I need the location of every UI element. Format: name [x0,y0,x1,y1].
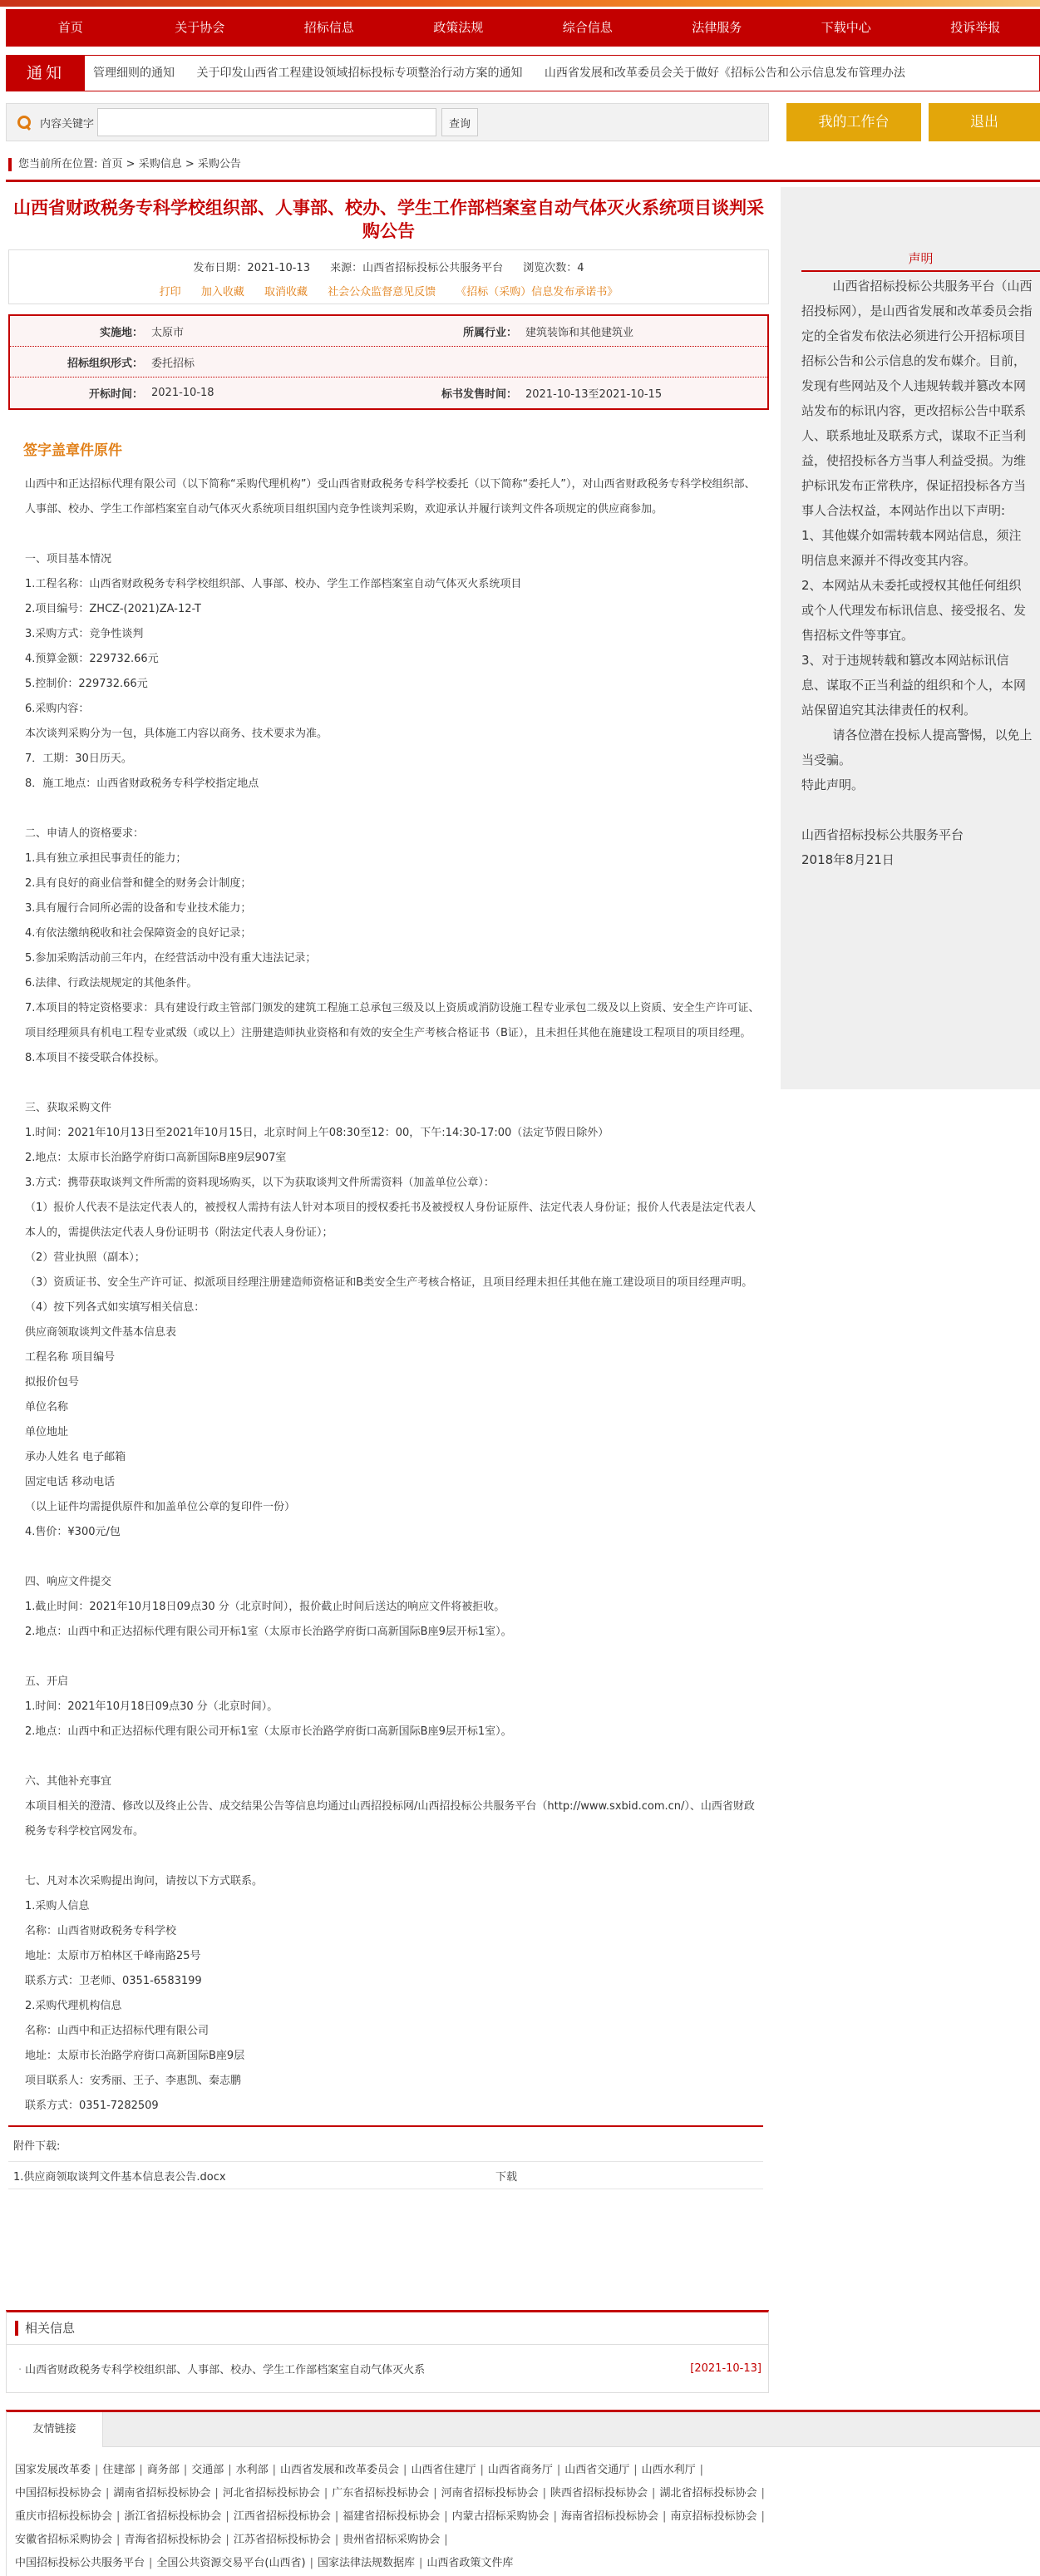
link-separator: | [225,2534,229,2546]
friendly-link[interactable]: 重庆市招标投标协会 [15,2510,112,2523]
nav-legal-service[interactable]: 法律服务 [653,9,782,47]
section-line: 拟报价包号 [25,1370,761,1395]
statement-para: 1、其他媒介如需转载本网站信息，须注明信息来源并不得改变其内容。 [801,523,1033,573]
attachment-row: 1.供应商领取谈判文件基本信息表公告.docx 下载 [8,2161,763,2189]
print-link[interactable]: 打印 [160,286,181,299]
related-info-title: 相关信息 [15,2321,75,2336]
notice-label: 通知 [7,56,85,91]
section-line: 单位地址 [25,1420,761,1445]
section-heading: 五、开启 [25,1670,761,1695]
sale-time-value: 2021-10-13至2021-10-15 [517,385,758,401]
search-label: 内容关键字 [40,115,94,131]
link-separator: | [228,2464,231,2476]
open-time-value: 2021-10-18 [143,387,384,399]
attachment-download-link[interactable]: 下载 [495,2168,517,2184]
link-separator: | [419,2557,422,2569]
section-line: 项目联系人：安秀丽、王子、李惠凯、秦志鹏 [25,2069,761,2094]
section-line: 2.地点：山西中和正达招标代理有限公司开标1室（太原市长治路学府街口高新国际B座… [25,1620,761,1645]
breadcrumb-procurement-notice[interactable]: 采购公告 [198,158,241,170]
link-separator: | [324,2487,328,2500]
section-line: 4.有依法缴纳税收和社会保障资金的良好记录； [25,921,761,946]
industry-value: 建筑装饰和其他建筑业 [517,323,758,339]
section-line: 名称：山西省财政税务专科学校 [25,1919,761,1944]
section-line: 联系方式：0351-7282509 [25,2094,761,2119]
link-separator: | [761,2510,764,2523]
friendly-link[interactable]: 交通部 [191,2464,224,2476]
workbench-button[interactable]: 我的工作台 [786,103,921,141]
section-line: 7.本项目的特定资格要求：具有建设行政主管部门颁发的建筑工程施工总承包三级及以上… [25,996,761,1046]
friendly-link[interactable]: 青海省招标投标协会 [124,2534,221,2546]
section-line: 2.具有良好的商业信誉和健全的财务会计制度； [25,871,761,896]
friendly-link[interactable]: 国家法律法规数据库 [318,2557,415,2569]
statement-para: 请各位潜在投标人提高警惕，以免上当受骗。 [801,723,1033,772]
link-separator: | [214,2487,218,2500]
friendly-link[interactable]: 河北省招标投标协会 [223,2487,320,2500]
section-heading: 四、响应文件提交 [25,1570,761,1595]
nav-bidding-info[interactable]: 招标信息 [264,9,394,47]
link-separator: | [444,2510,447,2523]
statement-para: 特此声明。 [801,772,1033,797]
friendly-link[interactable]: 山西水利厅 [642,2464,696,2476]
friendly-link[interactable]: 南京招标投标协会 [670,2510,757,2523]
section-line: 2.采购代理机构信息 [25,1994,761,2019]
friendly-link[interactable]: 山西省交通厅 [564,2464,629,2476]
feedback-link[interactable]: 社会公众监督意见反馈 [328,286,436,299]
section-line: 2.地点：太原市长治路学府街口高新国际B座9层907室 [25,1146,761,1171]
link-separator: | [184,2464,187,2476]
search-bar: 内容关键字 查询 [6,103,769,141]
remove-favorite-link[interactable]: 取消收藏 [264,286,308,299]
intro-paragraph: 山西中和正达招标代理有限公司（以下简称“采购代理机构”）受山西省财政税务专科学校… [25,472,761,522]
link-separator: | [335,2534,338,2546]
nav-about[interactable]: 关于协会 [136,9,265,47]
section-line: （4）按下列各式如实填写相关信息： [25,1295,761,1320]
link-separator: | [273,2464,276,2476]
article-body: 山西中和正达招标代理有限公司（以下简称“采购代理机构”）受山西省财政税务专科学校… [8,472,769,2119]
section-line: 单位名称 [25,1395,761,1420]
link-separator: | [433,2487,436,2500]
section-line: 2.项目编号：ZHCZ-(2021)ZA-12-T [25,597,761,622]
section-line: 本次谈判采购分为一包，具体施工内容以商务、技术要求为准。 [25,722,761,747]
friendly-link[interactable]: 湖南省招标投标协会 [113,2487,210,2500]
friendly-links-row: 国家发展改革委|住建部|商务部|交通部|水利部|山西省发展和改革委员会|山西省住… [15,2459,1040,2482]
section-4: 四、响应文件提交1.截止时间：2021年10月18日09点30 分（北京时间），… [25,1570,761,1645]
section-line: 8.本项目不接受联合体投标。 [25,1046,761,1071]
link-separator: | [149,2557,152,2569]
friendly-link[interactable]: 中国招标投标公共服务平台 [15,2557,145,2569]
link-separator: | [225,2510,229,2523]
friendly-links-row: 安徽省招标采购协会|青海省招标投标协会|江苏省招标投标协会|贵州省招标采购协会| [15,2529,1040,2552]
attachments-label: 附件下载: [8,2127,769,2161]
section-line: 地址：太原市万柏林区千峰南路25号 [25,1944,761,1969]
statement-para: 3、对于违规转载和篡改本网站标讯信息、谋取不正当利益的组织和个人，本网站保留追究… [801,648,1033,723]
section-line: 联系方式：卫老师、0351-6583199 [25,1969,761,1994]
section-line: 本项目相关的澄清、修改以及终止公告、成交结果公告等信息均通过山西招投标网/山西招… [25,1794,761,1844]
notice-item[interactable]: 管理细则的通知 [93,67,175,80]
link-separator: | [116,2534,120,2546]
statement-date: 2018年8月21日 [801,847,1033,872]
statement-title: 声明 [801,249,1040,272]
section-line: 6.采购内容： [25,697,761,722]
section-line: （3）资质证书、安全生产许可证、拟派项目经理注册建造师资格证和B类安全生产考核合… [25,1271,761,1295]
page-title: 山西省财政税务专科学校组织部、人事部、校办、学生工作部档案室自动气体灭火系统项目… [8,196,769,243]
breadcrumb-sep: > [123,158,139,170]
section-line: 3.采购方式：竞争性谈判 [25,622,761,647]
friendly-link[interactable]: 陕西省招标投标协会 [550,2487,648,2500]
section-line: 1.时间：2021年10月13日至2021年10月15日，北京时间上午08:30… [25,1121,761,1146]
publish-date: 发布日期：2021-10-13 [193,262,310,274]
main-nav: 首页 关于协会 招标信息 政策法规 综合信息 法律服务 下载中心 投诉举报 [6,9,1040,47]
article: 山西省财政税务专科学校组织部、人事部、校办、学生工作部档案室自动气体灭火系统项目… [8,190,769,2189]
commitment-link[interactable]: 《招标（采购）信息发布承诺书》 [456,286,618,299]
section-3: 三、获取采购文件1.时间：2021年10月13日至2021年10月15日，北京时… [25,1096,761,1545]
section-line: 5.控制价：229732.66元 [25,672,761,697]
notice-item[interactable]: 山西省发展和改革委员会关于做好《招标公告和公示信息发布管理办法 [545,67,905,80]
section-line: （2）营业执照（副本）； [25,1246,761,1271]
section-heading: 二、申请人的资格要求： [25,822,761,846]
friendly-link[interactable]: 福建省招标投标协会 [343,2510,440,2523]
section-line: 3.方式：携带获取谈判文件所需的资料现场购买，以下为获取谈判文件所需资料（加盖单… [25,1171,761,1196]
link-separator: | [95,2464,98,2476]
section-line: 3.具有履行合同所必需的设备和专业技术能力； [25,896,761,921]
section-line: 工程名称 项目编号 [25,1345,761,1370]
section-line: 承办人姓名 电子邮箱 [25,1445,761,1470]
section-line: 7．工期：30日历天。 [25,747,761,772]
nav-home[interactable]: 首页 [6,9,136,47]
friendly-link[interactable]: 湖北省招标投标协会 [659,2487,757,2500]
section-line: （以上证件均需提供原件和加盖单位公章的复印件一份） [25,1495,761,1520]
statement-para: 山西省招标投标公共服务平台（山西招投标网），是山西省发展和改革委员会指定的全省发… [801,274,1033,523]
section-line: 6.法律、行政法规规定的其他条件。 [25,971,761,996]
section-line: 4.预算金额：229732.66元 [25,647,761,672]
section-line: （1）报价人代表不是法定代表人的，被授权人需持有法人针对本项目的授权委托书及被授… [25,1196,761,1246]
link-separator: | [633,2464,637,2476]
open-time-label: 开标时间： [10,385,143,401]
org-form-value: 委托招标 [143,354,384,370]
section-7: 七、凡对本次采购提出询问，请按以下方式联系。1.采购人信息名称：山西省财政税务专… [25,1869,761,2119]
section-line: 1.截止时间：2021年10月18日09点30 分（北京时间），报价截止时间后送… [25,1595,761,1620]
notice-bar: 通知 管理细则的通知 关于印发山西省工程建设领域招标投标专项整治行动方案的通知 … [6,55,1040,91]
friendly-links-row: 中国招标投标协会|湖南省招标投标协会|河北省招标投标协会|广东省招标投标协会|河… [15,2482,1040,2505]
section-6: 六、其他补充事宜本项目相关的澄清、修改以及终止公告、成交结果公告等信息均通过山西… [25,1769,761,1844]
section-line: 地址：太原市长治路学府街口高新国际B座9层 [25,2044,761,2069]
nav-complaints[interactable]: 投诉举报 [911,9,1040,47]
related-list-item: 山西省财政税务专科学校组织部、人事部、校办、学生工作部档案室自动气体灭火系 [2… [7,2345,768,2391]
friendly-links-row: 重庆市招标投标协会|浙江省招标投标协会|江西省招标投标协会|福建省招标投标协会|… [15,2505,1040,2529]
breadcrumb-sep: > [182,158,198,170]
friendly-link[interactable]: 河南省招标投标协会 [441,2487,539,2500]
friendly-link[interactable]: 水利部 [236,2464,269,2476]
link-separator: | [444,2534,447,2546]
friendly-link[interactable]: 海南省招标投标协会 [561,2510,658,2523]
breadcrumb-prefix: 您当前所在位置: [18,158,97,170]
add-favorite-link[interactable]: 加入收藏 [201,286,244,299]
industry-label: 所属行业： [384,323,517,339]
friendly-link[interactable]: 江苏省招标投标协会 [234,2534,331,2546]
attachment-filename: 1.供应商领取谈判文件基本信息表公告.docx [13,2168,495,2184]
friendly-link[interactable]: 中国招标投标协会 [15,2487,101,2500]
link-separator: | [652,2487,655,2500]
friendly-link[interactable]: 广东省招标投标协会 [332,2487,429,2500]
section-heading: 六、其他补充事宜 [25,1769,761,1794]
breadcrumb: 您当前所在位置: 首页 > 采购信息 > 采购公告 [8,158,241,171]
link-separator: | [761,2487,764,2500]
friendly-link[interactable]: 山西省住建厅 [411,2464,476,2476]
friendly-links-row: 中国招标投标公共服务平台|全国公共资源交易平台(山西省)|国家法律法规数据库|山… [15,2552,1040,2575]
section-line: 供应商领取谈判文件基本信息表 [25,1320,761,1345]
friendly-links-list: 国家发展改革委|住建部|商务部|交通部|水利部|山西省发展和改革委员会|山西省住… [7,2447,1040,2575]
section-heading: 三、获取采购文件 [25,1096,761,1121]
friendly-link[interactable]: 山西省商务厅 [488,2464,553,2476]
statement-sidebar: 声明 山西省招标投标公共服务平台（山西招投标网），是山西省发展和改革委员会指定的… [781,187,1040,1089]
friendly-link[interactable]: 江西省招标投标协会 [234,2510,331,2523]
section-line: 名称：山西中和正达招标代理有限公司 [25,2019,761,2044]
section-line: 2.地点：山西中和正达招标代理有限公司开标1室（太原市长治路学府街口高新国际B座… [25,1720,761,1744]
notice-item[interactable]: 关于印发山西省工程建设领域招标投标专项整治行动方案的通知 [196,67,522,80]
section-1: 一、项目基本情况1.工程名称：山西省财政税务专科学校组织部、人事部、校办、学生工… [25,547,761,797]
link-separator: | [106,2487,109,2500]
breadcrumb-divider [6,180,1040,182]
statement-body: 山西省招标投标公共服务平台（山西招投标网），是山西省发展和改革委员会指定的全省发… [801,272,1040,872]
nav-policy[interactable]: 政策法规 [394,9,524,47]
nav-downloads[interactable]: 下载中心 [781,9,911,47]
header-banner [0,0,1040,7]
friendly-link[interactable]: 浙江省招标投标协会 [124,2510,221,2523]
location-label: 实施地： [10,323,143,339]
section-5: 五、开启1.时间：2021年10月18日09点30 分（北京时间）。2.地点：山… [25,1670,761,1744]
related-item-link[interactable]: 山西省财政税务专科学校组织部、人事部、校办、学生工作部档案室自动气体灭火系 [18,2361,425,2376]
link-separator: | [554,2510,557,2523]
section-heading: 一、项目基本情况 [25,547,761,572]
friendly-link[interactable]: 全国公共资源交易平台(山西省) [156,2557,305,2569]
friendly-link[interactable]: 山西省发展和改革委员会 [280,2464,399,2476]
friendly-links: 友情链接 国家发展改革委|住建部|商务部|交通部|水利部|山西省发展和改革委员会… [6,2410,1040,2576]
section-line: 1.采购人信息 [25,1894,761,1919]
link-separator: | [116,2510,120,2523]
article-meta: 发布日期：2021-10-13 来源：山西省招标投标公共服务平台 浏览次数：4 … [8,249,769,304]
breadcrumb-procurement-info[interactable]: 采购信息 [139,158,182,170]
sale-time-label: 标书发售时间： [384,385,517,401]
section-line: 4.售价：¥300元/包 [25,1520,761,1545]
notice-ticker: 管理细则的通知 关于印发山西省工程建设领域招标投标专项整治行动方案的通知 山西省… [85,56,1039,91]
link-separator: | [335,2510,338,2523]
org-form-label: 招标组织形式： [10,354,143,370]
friendly-link[interactable]: 山西省政策文件库 [426,2557,513,2569]
statement-para: 2、本网站从未委托或授权其他任何组织或个人代理发布标讯信息、接受报名、发售招标文… [801,573,1033,648]
section-line: 8．施工地点：山西省财政税务专科学校指定地点 [25,772,761,797]
breadcrumb-home[interactable]: 首页 [101,158,123,170]
search-button[interactable]: 查询 [441,108,478,136]
link-separator: | [543,2487,546,2500]
section-line: 固定电话 移动电话 [25,1470,761,1495]
related-item-date: [2021-10-13] [690,2362,762,2375]
section-line: 1.具有独立承担民事责任的能力； [25,846,761,871]
link-separator: | [480,2464,483,2476]
friendly-link[interactable]: 安徽省招标采购协会 [15,2534,112,2546]
project-info-table: 实施地： 太原市 所属行业： 建筑装饰和其他建筑业 招标组织形式： 委托招标 开… [8,314,769,410]
friendly-link[interactable]: 内蒙古招标采购协会 [452,2510,550,2523]
source: 来源：山西省招标投标公共服务平台 [330,262,503,274]
friendly-link[interactable]: 商务部 [147,2464,180,2476]
section-heading: 七、凡对本次采购提出询问，请按以下方式联系。 [25,1869,761,1894]
friendly-link[interactable]: 国家发展改革委 [15,2464,91,2476]
link-separator: | [139,2464,142,2476]
link-separator: | [310,2557,313,2569]
search-input[interactable] [97,108,436,136]
link-separator: | [663,2510,666,2523]
location-value: 太原市 [143,323,384,339]
section-line: 1.工程名称：山西省财政税务专科学校组织部、人事部、校办、学生工作部档案室自动气… [25,572,761,597]
related-info-panel: 相关信息 山西省财政税务专科学校组织部、人事部、校办、学生工作部档案室自动气体灭… [6,2310,769,2393]
section-line: 5.参加采购活动前三年内，在经营活动中没有重大违法记录； [25,946,761,971]
statement-signature: 山西省招标投标公共服务平台 [801,822,1033,847]
search-icon [17,115,32,130]
view-count: 浏览次数：4 [523,262,584,274]
section-2: 二、申请人的资格要求：1.具有独立承担民事责任的能力；2.具有良好的商业信誉和健… [25,822,761,1071]
friendly-link[interactable]: 贵州省招标采购协会 [343,2534,440,2546]
link-separator: | [700,2464,703,2476]
section-line: 1.时间：2021年10月18日09点30 分（北京时间）。 [25,1695,761,1720]
seal-heading: 签字盖章件原件 [8,438,769,459]
logout-button[interactable]: 退出 [929,103,1040,141]
friendly-link[interactable]: 住建部 [102,2464,135,2476]
link-separator: | [403,2464,407,2476]
nav-general-info[interactable]: 综合信息 [523,9,653,47]
link-separator: | [557,2464,560,2476]
tab-friendly-links[interactable]: 友情链接 [7,2412,103,2447]
